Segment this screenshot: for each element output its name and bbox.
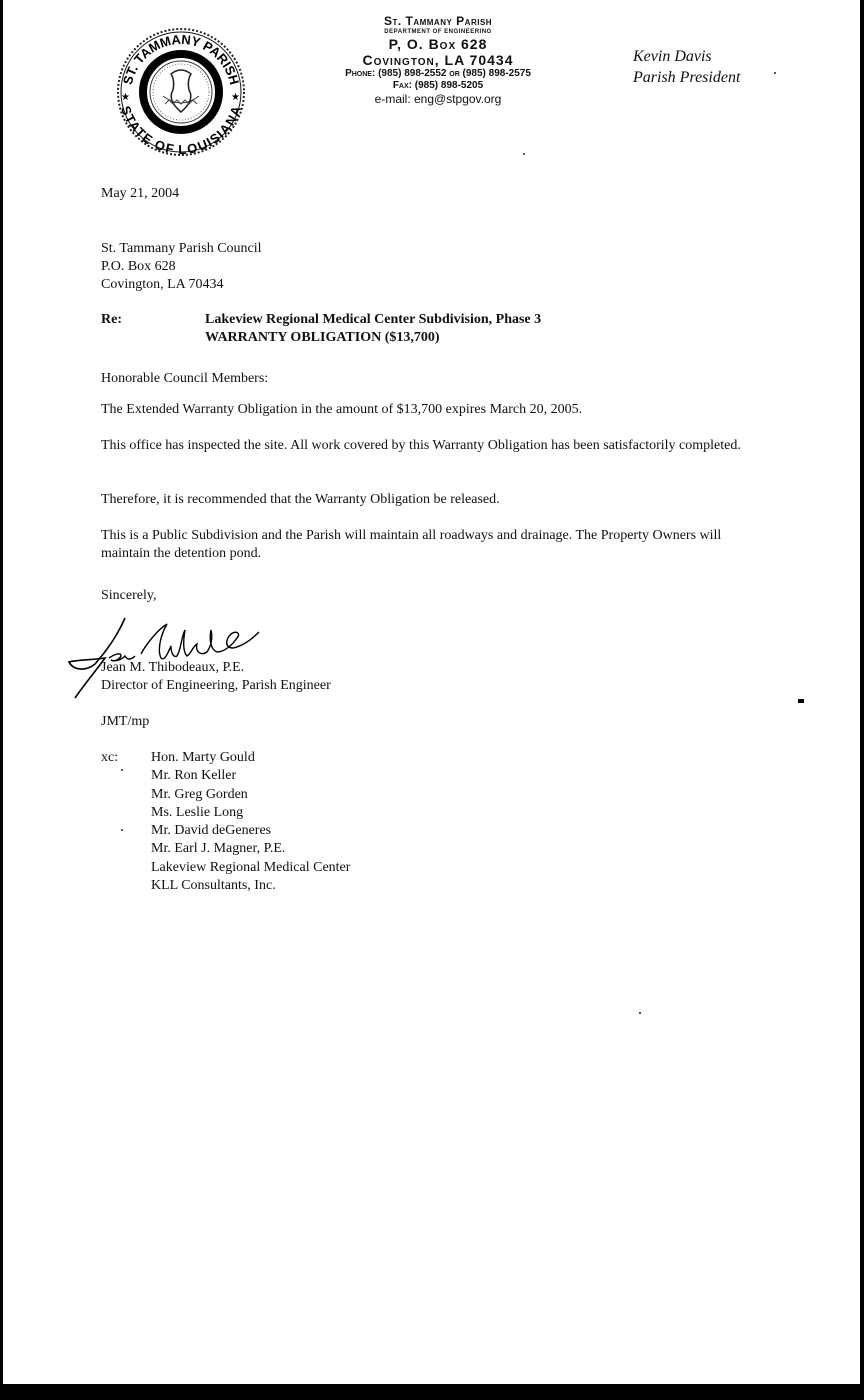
recipient-address: St. Tammany Parish Council P.O. Box 628 … (101, 240, 262, 294)
subject-obligation: WARRANTY OBLIGATION ($13,700) (205, 329, 541, 347)
cc-recipient: Hon. Marty Gould (151, 749, 350, 767)
cc-recipient: Ms. Leslie Long (151, 804, 350, 822)
parish-seal-icon: ST. TAMMANY PARISH STATE OF LOUISIANA ★ … (113, 26, 249, 156)
body-paragraph: The Extended Warranty Obligation in the … (101, 401, 582, 419)
signer-name: Jean M. Thibodeaux, P.E. (101, 659, 331, 677)
president-title: Parish President (633, 67, 740, 88)
cc-recipient: Mr. David deGeneres (151, 822, 350, 840)
scan-speck (121, 769, 123, 771)
organization-name: St. Tammany Parish (293, 14, 583, 29)
department-name: Department of Engineering (293, 29, 583, 36)
svg-text:★: ★ (121, 92, 130, 103)
body-paragraph: Therefore, it is recommended that the Wa… (101, 491, 500, 509)
po-box: P, O. Box 628 (293, 36, 583, 52)
typist-initials: JMT/mp (101, 713, 149, 731)
scan-speck (523, 153, 525, 155)
recipient-line: Covington, LA 70434 (101, 276, 262, 294)
subject-line: Lakeview Regional Medical Center Subdivi… (205, 311, 541, 347)
signer-title: Director of Engineering, Parish Engineer (101, 677, 331, 695)
closing: Sincerely, (101, 587, 156, 605)
fax-number: Fax: (985) 898-5205 (293, 80, 583, 92)
signer-block: Jean M. Thibodeaux, P.E. Director of Eng… (101, 659, 331, 695)
scan-artifact (798, 699, 804, 703)
parish-president-block: Kevin Davis Parish President (633, 46, 740, 88)
scan-speck (639, 1012, 641, 1014)
email-address: e-mail: eng@stpgov.org (293, 92, 583, 107)
cc-recipient: Mr. Ron Keller (151, 767, 350, 785)
scan-speck (121, 829, 123, 831)
salutation: Honorable Council Members: (101, 370, 268, 388)
subject-project: Lakeview Regional Medical Center Subdivi… (205, 311, 541, 329)
svg-text:★: ★ (231, 92, 240, 103)
cc-recipient: Lakeview Regional Medical Center (151, 859, 350, 877)
letter-date: May 21, 2004 (101, 185, 179, 203)
re-label: Re: (101, 311, 122, 329)
recipient-line: St. Tammany Parish Council (101, 240, 262, 258)
cc-recipient: KLL Consultants, Inc. (151, 877, 350, 895)
recipient-line: P.O. Box 628 (101, 258, 262, 276)
xc-label: xc: (101, 749, 118, 767)
letterhead: St. Tammany Parish Department of Enginee… (293, 14, 583, 107)
body-paragraph: This is a Public Subdivision and the Par… (101, 527, 761, 563)
letter-page: ST. TAMMANY PARISH STATE OF LOUISIANA ★ … (3, 0, 860, 1384)
body-paragraph: This office has inspected the site. All … (101, 437, 761, 455)
cc-recipient: Mr. Greg Gorden (151, 786, 350, 804)
scan-speck (774, 72, 776, 74)
carbon-copy-list: Hon. Marty Gould Mr. Ron Keller Mr. Greg… (151, 749, 350, 895)
phone-numbers: Phone: (985) 898-2552 or (985) 898-2575 (293, 68, 583, 80)
cc-recipient: Mr. Earl J. Magner, P.E. (151, 840, 350, 858)
city-state-zip: Covington, LA 70434 (293, 52, 583, 68)
president-name: Kevin Davis (633, 46, 740, 67)
